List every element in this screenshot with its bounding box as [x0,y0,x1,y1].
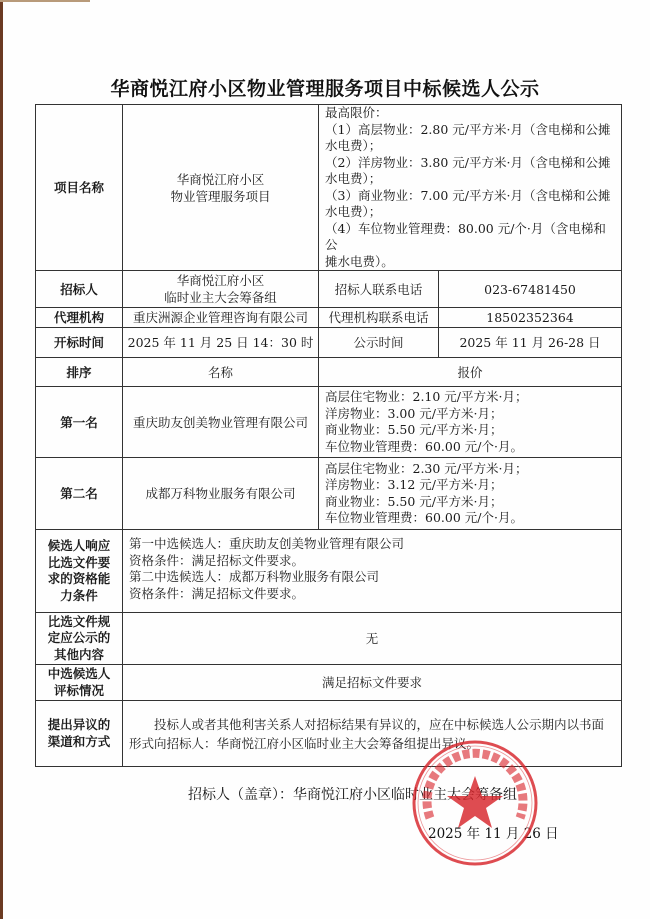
label-line: 其他内容 [40,647,118,664]
opening-time: 2025 年 11 月 25 日 14：30 时 [123,328,319,358]
ceiling-line: （2）洋房物业：3.80 元/平方米·月（含电梯和公摊 [325,155,617,172]
header-rank: 排序 [36,358,123,387]
ceiling-title: 最高限价： [325,105,617,122]
label-publicity-time: 公示时间 [319,328,439,358]
evaluation-value: 满足招标文件要求 [123,665,622,701]
project-name: 华商悦江府小区 物业管理服务项目 [123,105,319,271]
qualification-line: 资格条件：满足招标文件要求。 [129,553,617,570]
tenderer-line1: 华商悦江府小区 [127,272,314,289]
label-line: 定应公示的 [40,630,118,647]
ceiling-line: （4）车位物业管理费：80.00 元/个·月（含电梯和公 [325,221,617,254]
project-name-line2: 物业管理服务项目 [127,188,314,205]
quote-line: 车位物业管理费：60.00 元/个·月。 [325,439,617,456]
ceiling-line: 水电费）； [325,204,617,221]
row-evaluation: 中选候选人 评标情况 满足招标文件要求 [36,665,622,701]
candidate-rank: 第二名 [36,458,123,530]
row-qualification: 候选人响应 比选文件要 求的资格能 力条件 第一中选候选人：重庆助友创美物业管理… [36,530,622,613]
label-other-content: 比选文件规 定应公示的 其他内容 [36,613,123,665]
tenderer-line2: 临时业主大会筹备组 [127,289,314,306]
label-line: 中选候选人 [40,666,118,683]
quote-line: 洋房物业：3.12 元/平方米·月； [325,477,617,494]
label-agency: 代理机构 [36,308,123,328]
candidate-rank: 第一名 [36,387,123,458]
label-tenderer: 招标人 [36,271,123,308]
label-opening-time: 开标时间 [36,328,123,358]
quote-line: 洋房物业：3.00 元/平方米·月； [325,406,617,423]
row-candidate-1: 第一名 重庆助友创美物业管理有限公司 高层住宅物业：2.10 元/平方米·月； … [36,387,622,458]
ceiling-line: 水电费）； [325,171,617,188]
ceiling-line: （3）商业物业：7.00 元/平方米·月（含电梯和公摊 [325,188,617,205]
agency-value: 重庆洲源企业管理咨询有限公司 [123,308,319,328]
page-edge-top [0,0,90,2]
ceiling-price: 最高限价： （1）高层物业：2.80 元/平方米·月（含电梯和公摊 水电费）； … [319,105,622,271]
quote-line: 商业物业：5.50 元/平方米·月； [325,494,617,511]
label-qualification: 候选人响应 比选文件要 求的资格能 力条件 [36,530,123,613]
objection-text: 投标人或者其他利害关系人对招标结果有异议的，应在中标候选人公示期内以书面形式向招… [123,701,622,767]
quote-line: 商业物业：5.50 元/平方米·月； [325,422,617,439]
label-line: 渠道和方式 [40,734,118,751]
quote-line: 高层住宅物业：2.10 元/平方米·月； [325,389,617,406]
tenderer-value: 华商悦江府小区 临时业主大会筹备组 [123,271,319,308]
document-title: 华商悦江府小区物业管理服务项目中标候选人公示 [0,74,650,101]
page-edge-shadow [0,0,3,919]
label-line: 候选人响应 [40,538,118,555]
candidate-name: 重庆助友创美物业管理有限公司 [123,387,319,458]
label-line: 比选文件要 [40,555,118,572]
ceiling-line: 水电费）； [325,138,617,155]
header-name: 名称 [123,358,319,387]
row-tenderer: 招标人 华商悦江府小区 临时业主大会筹备组 招标人联系电话 023-674814… [36,271,622,308]
row-candidate-2: 第二名 成都万科物业服务有限公司 高层住宅物业：2.30 元/平方米·月； 洋房… [36,458,622,530]
ceiling-line: 摊水电费）。 [325,254,617,271]
star-icon [447,776,503,828]
candidate-quotes: 高层住宅物业：2.30 元/平方米·月； 洋房物业：3.12 元/平方米·月； … [319,458,622,530]
label-line: 比选文件规 [40,614,118,631]
qualification-line: 第一中选候选人：重庆助友创美物业管理有限公司 [129,536,617,553]
label-line: 求的资格能 [40,571,118,588]
quote-line: 车位物业管理费：60.00 元/个·月。 [325,510,617,527]
row-other-content: 比选文件规 定应公示的 其他内容 无 [36,613,622,665]
row-opening: 开标时间 2025 年 11 月 25 日 14：30 时 公示时间 2025 … [36,328,622,358]
publicity-time: 2025 年 11 月 26-28 日 [439,328,622,358]
notice-table: 项目名称 华商悦江府小区 物业管理服务项目 最高限价： （1）高层物业：2.80… [35,104,622,767]
label-line: 评标情况 [40,683,118,700]
row-agency: 代理机构 重庆洲源企业管理咨询有限公司 代理机构联系电话 18502352364 [36,308,622,328]
label-agency-phone: 代理机构联系电话 [319,308,439,328]
label-line: 提出异议的 [40,717,118,734]
header-quote: 报价 [319,358,622,387]
label-tenderer-phone: 招标人联系电话 [319,271,439,308]
agency-phone: 18502352364 [439,308,622,328]
qualification-line: 资格条件：满足招标文件要求。 [129,586,617,603]
ceiling-line: （1）高层物业：2.80 元/平方米·月（含电梯和公摊 [325,122,617,139]
label-objection: 提出异议的 渠道和方式 [36,701,123,767]
quote-line: 高层住宅物业：2.30 元/平方米·月； [325,461,617,478]
qualification-line: 第二中选候选人：成都万科物业服务有限公司 [129,569,617,586]
label-project-name: 项目名称 [36,105,123,271]
candidate-quotes: 高层住宅物业：2.10 元/平方米·月； 洋房物业：3.00 元/平方米·月； … [319,387,622,458]
row-ranking-header: 排序 名称 报价 [36,358,622,387]
label-evaluation: 中选候选人 评标情况 [36,665,123,701]
official-seal [410,738,540,868]
label-line: 力条件 [40,588,118,605]
candidate-name: 成都万科物业服务有限公司 [123,458,319,530]
other-content-value: 无 [123,613,622,665]
qualification-content: 第一中选候选人：重庆助友创美物业管理有限公司 资格条件：满足招标文件要求。 第二… [123,530,622,613]
row-project: 项目名称 华商悦江府小区 物业管理服务项目 最高限价： （1）高层物业：2.80… [36,105,622,271]
tenderer-phone: 023-67481450 [439,271,622,308]
project-name-line1: 华商悦江府小区 [127,171,314,188]
